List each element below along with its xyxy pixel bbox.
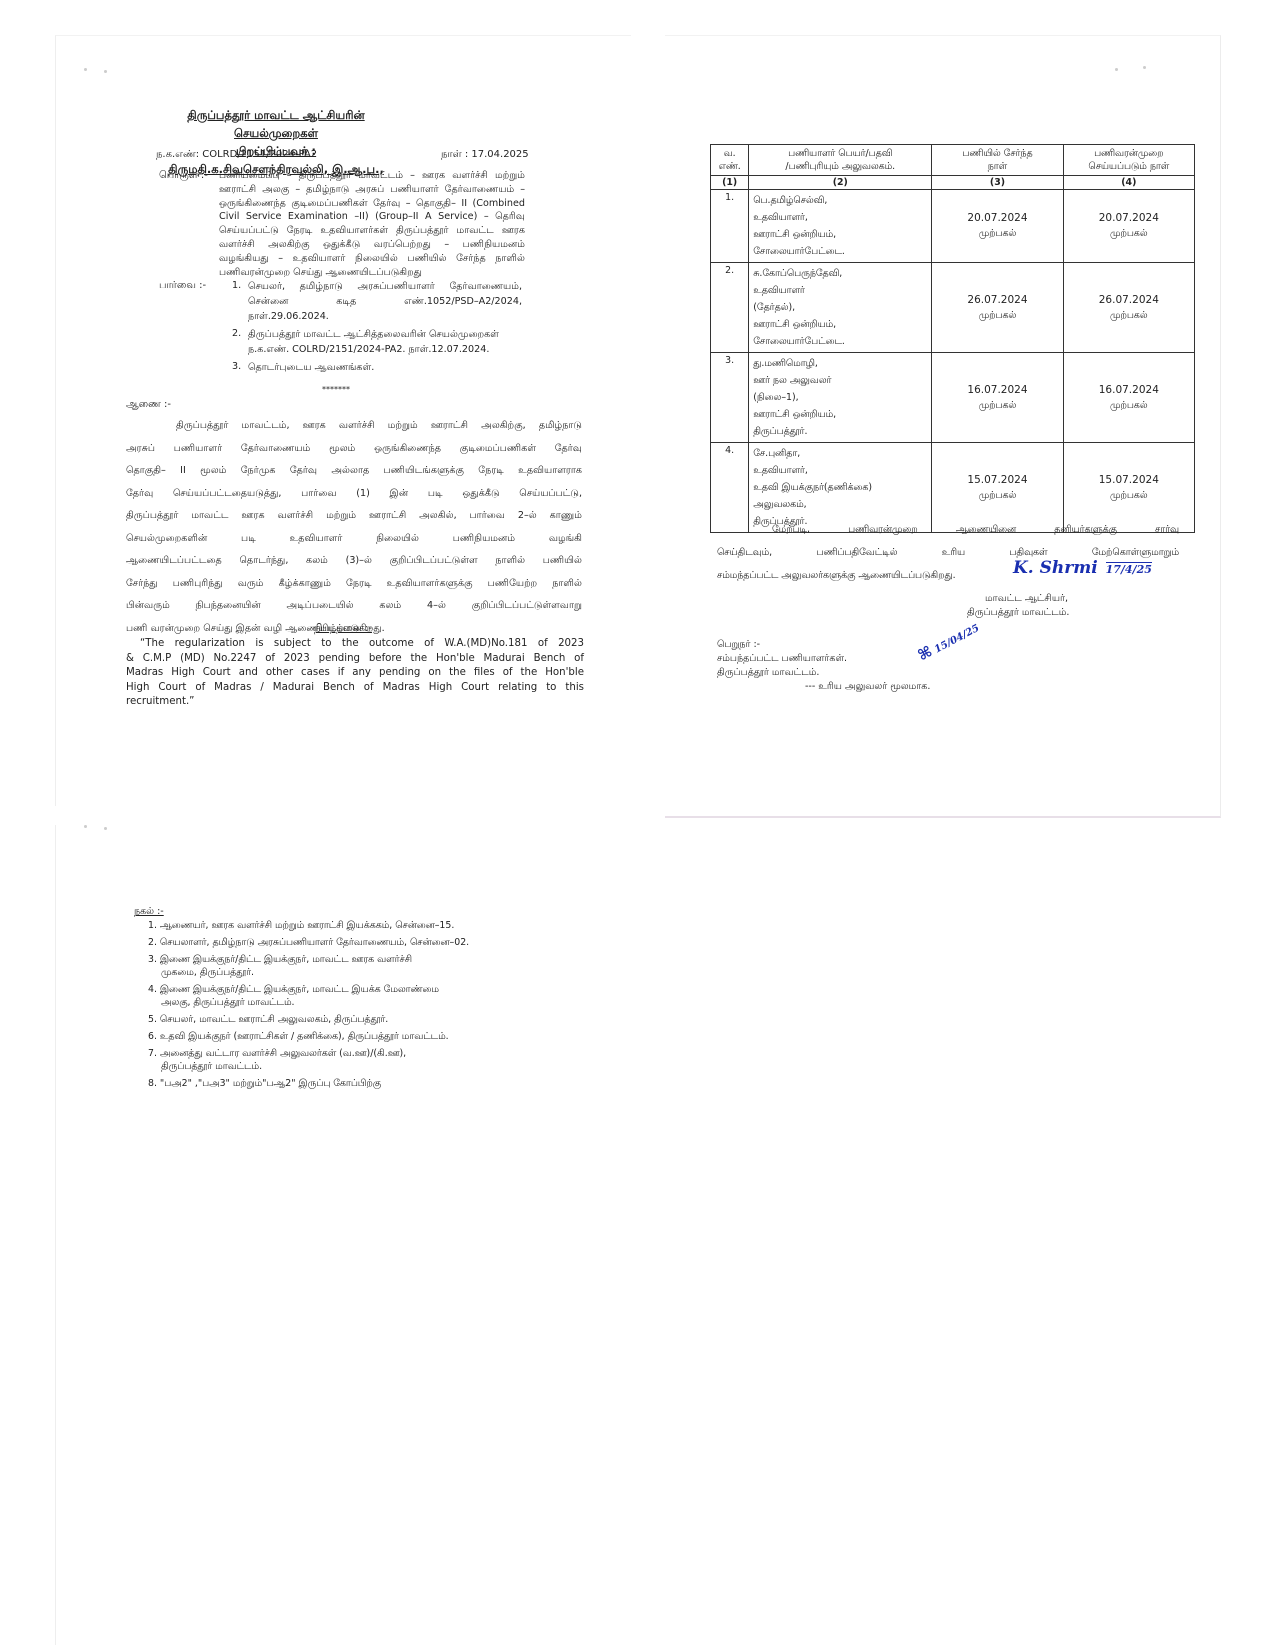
serial-number: 3.	[711, 353, 749, 443]
table-row: 1.பெ.தமிழ்செல்வி,உதவியாளர்,ஊராட்சி ஒன்றி…	[711, 190, 1195, 263]
detail-line: சு.கோப்பெருந்தேவி,	[753, 265, 927, 282]
signature-text: K. Shrmi	[1013, 558, 1098, 578]
joining-date: 20.07.2024	[936, 210, 1058, 226]
title-line-1: திருப்பத்தூர் மாவட்ட ஆட்சியரின் செயல்முற…	[156, 106, 396, 142]
detail-line: ஊர் நல அலுவலர்	[753, 372, 927, 389]
order-line: ஆணையிடப்பட்டதை தொடர்ந்து, கலம் (3)–ல் கு…	[126, 550, 582, 573]
order-line: திருப்பத்தூர் மாவட்ட ஊரக வளர்ச்சி மற்றும…	[126, 505, 582, 528]
reference-item: 3.தொடர்புடைய ஆவணங்கள்.	[232, 360, 522, 375]
joining-date-cell: 26.07.2024முற்பகல்	[932, 263, 1063, 353]
reference-number: 2.	[232, 327, 248, 357]
reference-line: நாள்.29.06.2024.	[248, 309, 522, 324]
joining-session: முற்பகல்	[936, 488, 1058, 504]
table-header-cell: வ.எண்.	[711, 145, 749, 176]
header-line: நாள்	[936, 160, 1058, 173]
copy-line: 8. "பஅ2" ,"பஅ3" மற்றும்"பஆ2" இருப்பு கோப…	[148, 1077, 578, 1090]
order-line: அரசுப் பணியாளர் தேர்வாணையம் மூலம் ஒருங்க…	[126, 438, 582, 461]
copy-line: அலகு, திருப்பத்தூர் மாவட்டம்.	[148, 996, 578, 1009]
order-date: நாள் : 17.04.2025	[441, 148, 529, 162]
detail-line: (நிலை–1),	[753, 389, 927, 406]
table-header-cell: பணியாளர் பெயர்/பதவி/பணிபுரியும் அலுவலகம்…	[749, 145, 932, 176]
copy-item: 5. செயலர், மாவட்ட ஊராட்சி அலுவலகம், திரு…	[148, 1013, 578, 1026]
order-line: தொகுதி– II மூலம் நேர்முக தேர்வு அல்லாத ப…	[126, 460, 582, 483]
reference-text: செயலர், தமிழ்நாடு அரசுப்பணியாளர் தேர்வாண…	[248, 279, 522, 324]
subject-line: பணியமைப்பு – திருப்பத்தூர் மாவட்டம் – ஊர…	[219, 169, 525, 183]
header-line: பணியில் சேர்ந்த	[936, 147, 1058, 160]
subject-line: ஒருங்கிணைந்த குடிமைப்பணிகள் தேர்வு – தொக…	[219, 197, 525, 211]
table-row: 2.சு.கோப்பெருந்தேவி,உதவியாளர்(தேர்தல்),ஊ…	[711, 263, 1195, 353]
reference-number: ந.க.எண்: COLRD/2151/2024-PA2	[156, 148, 317, 162]
copy-item: 8. "பஅ2" ,"பஅ3" மற்றும்"பஆ2" இருப்பு கோப…	[148, 1077, 578, 1090]
header-line: செய்யப்படும் நாள்	[1068, 160, 1190, 173]
table-header-cell: பணிவரன்முறைசெய்யப்படும் நாள்	[1063, 145, 1194, 176]
detail-line: திருப்பத்தூர்.	[753, 423, 927, 440]
regularization-session: முற்பகல்	[1068, 226, 1190, 242]
order-line: செயல்முறைகளின் படி உதவியாளர் நிலையில் பண…	[126, 528, 582, 551]
subject-line: ஊராட்சி அலகு – தமிழ்நாடு அரசுப் பணியாளர்…	[219, 183, 525, 197]
detail-line: உதவி இயக்குநர்(தணிக்கை)	[753, 479, 927, 496]
copy-item: 1. ஆணையர், ஊரக வளர்ச்சி மற்றும் ஊராட்சி …	[148, 919, 578, 932]
condition-label: நிபந்தனை :-	[314, 622, 372, 636]
reference-number: 1.	[232, 279, 248, 324]
copy-label: நகல் :-	[134, 905, 164, 919]
employee-details: சு.கோப்பெருந்தேவி,உதவியாளர்(தேர்தல்),ஊரா…	[749, 263, 932, 353]
detail-line: சே.புனிதா,	[753, 445, 927, 462]
order-body: திருப்பத்தூர் மாவட்டம், ஊரக வளர்ச்சி மற்…	[126, 415, 582, 640]
initial-date: 15/04/25	[933, 623, 981, 656]
detail-line: பெ.தமிழ்செல்வி,	[753, 192, 927, 209]
reference-line: திருப்பத்தூர் மாவட்ட ஆட்சித்தலைவரின் செய…	[248, 327, 522, 342]
order-line: சேர்ந்து பணிபுரிந்து வரும் கீழ்க்காணும் …	[126, 573, 582, 596]
copy-line: முகமை, திருப்பத்தூர்.	[148, 966, 578, 979]
regularization-date: 16.07.2024	[1068, 382, 1190, 398]
condition-line: High Court of Madras / Madurai Bench of …	[126, 681, 584, 696]
copy-line: 6. உதவி இயக்குநர் (ஊராட்சிகள் / தணிக்கை)…	[148, 1030, 578, 1043]
copy-line: 1. ஆணையர், ஊரக வளர்ச்சி மற்றும் ஊராட்சி …	[148, 919, 578, 932]
reference-number: 3.	[232, 360, 248, 375]
employee-details: பெ.தமிழ்செல்வி,உதவியாளர்,ஊராட்சி ஒன்றியம…	[749, 190, 932, 263]
subject-line: Civil Service Examination –II) (Group–II…	[219, 210, 525, 224]
detail-line: சோலையார்பேட்டை.	[753, 243, 927, 260]
column-index: (4)	[1063, 176, 1194, 190]
condition-line: “The regularization is subject to the ou…	[126, 637, 584, 652]
detail-line: ஊராட்சி ஒன்றியம்,	[753, 406, 927, 423]
page-2: வ.எண்.பணியாளர் பெயர்/பதவி/பணிபுரியும் அல…	[665, 35, 1221, 818]
copy-line: 2. செயலாளர், தமிழ்நாடு அரசுப்பணியாளர் தே…	[148, 936, 578, 949]
reference-text: திருப்பத்தூர் மாவட்ட ஆட்சித்தலைவரின் செய…	[248, 327, 522, 357]
joining-date-cell: 16.07.2024முற்பகல்	[932, 353, 1063, 443]
copy-item: 7. அனைத்து வட்டார வளர்ச்சி அலுவலர்கள் (வ…	[148, 1047, 578, 1073]
condition-line: & C.M.P (MD) No.2247 of 2023 pending bef…	[126, 652, 584, 667]
regularization-date: 15.07.2024	[1068, 472, 1190, 488]
regularization-table: வ.எண்.பணியாளர் பெயர்/பதவி/பணிபுரியும் அல…	[710, 144, 1195, 533]
subject-label: பொருள் :-	[159, 169, 208, 183]
order-label: ஆணை :-	[126, 398, 171, 412]
subject-line: வளர்ச்சி அலகிற்கு ஒதுக்கீடு வரப்பெற்றது …	[219, 238, 525, 252]
page-1: திருப்பத்தூர் மாவட்ட ஆட்சியரின் செயல்முற…	[55, 35, 631, 806]
order-line: திருப்பத்தூர் மாவட்டம், ஊரக வளர்ச்சி மற்…	[126, 415, 582, 438]
recipient-line-2: திருப்பத்தூர் மாவட்டம்.	[717, 666, 819, 680]
detail-line: உதவியாளர்	[753, 282, 927, 299]
reference-line: சென்னை கடித எண்.1052/PSD–A2/2024,	[248, 294, 522, 309]
header-line: பணிவரன்முறை	[1068, 147, 1190, 160]
copy-line: 4. இணை இயக்குநர்/திட்ட இயக்குநர், மாவட்ட…	[148, 983, 578, 996]
copy-list: 1. ஆணையர், ஊரக வளர்ச்சி மற்றும் ஊராட்சி …	[148, 919, 578, 1094]
header-line: பணியாளர் பெயர்/பதவி	[753, 147, 927, 160]
subject-line: வழங்கியது – உதவியாளர் நிலையில் பணியில் ச…	[219, 252, 525, 266]
joining-session: முற்பகல்	[936, 308, 1058, 324]
signatory-district: திருப்பத்தூர் மாவட்டம்.	[967, 606, 1069, 620]
reference-label: பார்வை :-	[159, 279, 206, 293]
header-line: எண்.	[715, 160, 744, 173]
regularization-date-cell: 20.07.2024முற்பகல்	[1063, 190, 1194, 263]
regularization-session: முற்பகல்	[1068, 488, 1190, 504]
copy-item: 2. செயலாளர், தமிழ்நாடு அரசுப்பணியாளர் தே…	[148, 936, 578, 949]
order-line: பின்வரும் நிபந்தனையின் அடிப்படையில் கலம்…	[126, 595, 582, 618]
column-index: (3)	[932, 176, 1063, 190]
separator: *******	[322, 383, 350, 397]
page-3: நகல் :- 1. ஆணையர், ஊரக வளர்ச்சி மற்றும் …	[55, 825, 616, 1645]
subject-line: பணிவரன்முறை செய்து ஆணையிடப்படுகிறது	[219, 266, 525, 280]
header-line: வ.	[715, 147, 744, 160]
regularization-date-cell: 26.07.2024முற்பகல்	[1063, 263, 1194, 353]
reference-line: தொடர்புடைய ஆவணங்கள்.	[248, 360, 522, 375]
copy-item: 4. இணை இயக்குநர்/திட்ட இயக்குநர், மாவட்ட…	[148, 983, 578, 1009]
collector-signature: K. Shrmi 17/4/25	[1013, 558, 1152, 578]
serial-number: 1.	[711, 190, 749, 263]
copy-line: 7. அனைத்து வட்டார வளர்ச்சி அலுவலர்கள் (வ…	[148, 1047, 578, 1060]
regularization-session: முற்பகல்	[1068, 308, 1190, 324]
reference-line: ந.க.எண். COLRD/2151/2024-PA2. நாள்.12.07…	[248, 342, 522, 357]
column-index: (1)	[711, 176, 749, 190]
joining-session: முற்பகல்	[936, 398, 1058, 414]
copy-item: 3. இணை இயக்குநர்/திட்ட இயக்குநர், மாவட்ட…	[148, 953, 578, 979]
closing-line: மேற்படி, பணிவரன்முறை ஆணையினை தனியர்களுக்…	[717, 518, 1179, 541]
serial-number: 2.	[711, 263, 749, 353]
copy-line: 3. இணை இயக்குநர்/திட்ட இயக்குநர், மாவட்ட…	[148, 953, 578, 966]
condition-line: recruitment.”	[126, 695, 584, 710]
condition-body: “The regularization is subject to the ou…	[126, 637, 584, 710]
regularization-session: முற்பகல்	[1068, 398, 1190, 414]
subject-text: பணியமைப்பு – திருப்பத்தூர் மாவட்டம் – ஊர…	[219, 169, 525, 279]
signatory-designation: மாவட்ட ஆட்சியர்,	[985, 592, 1068, 606]
joining-date-cell: 20.07.2024முற்பகல்	[932, 190, 1063, 263]
copy-line: திருப்பத்தூர் மாவட்டம்.	[148, 1060, 578, 1073]
document-title: திருப்பத்தூர் மாவட்ட ஆட்சியரின் செயல்முற…	[156, 106, 396, 178]
employee-details: து.மணிமொழி,ஊர் நல அலுவலர்(நிலை–1),ஊராட்ச…	[749, 353, 932, 443]
table-row: 3.து.மணிமொழி,ஊர் நல அலுவலர்(நிலை–1),ஊராட…	[711, 353, 1195, 443]
reference-line: செயலர், தமிழ்நாடு அரசுப்பணியாளர் தேர்வாண…	[248, 279, 522, 294]
header-line: /பணிபுரியும் அலுவலகம்.	[753, 160, 927, 173]
column-index: (2)	[749, 176, 932, 190]
joining-session: முற்பகல்	[936, 226, 1058, 242]
recipient-line-1: சம்பந்தப்பட்ட பணியாளர்கள்.	[717, 652, 847, 666]
joining-date: 16.07.2024	[936, 382, 1058, 398]
detail-line: ஊராட்சி ஒன்றியம்,	[753, 316, 927, 333]
reference-item: 2.திருப்பத்தூர் மாவட்ட ஆட்சித்தலைவரின் ச…	[232, 327, 522, 357]
copy-item: 6. உதவி இயக்குநர் (ஊராட்சிகள் / தணிக்கை)…	[148, 1030, 578, 1043]
regularization-date: 20.07.2024	[1068, 210, 1190, 226]
copy-line: 5. செயலர், மாவட்ட ஊராட்சி அலுவலகம், திரு…	[148, 1013, 578, 1026]
recipient-via: --- உரிய அலுவலர் மூலமாக.	[805, 680, 930, 694]
detail-line: சோலையார்பேட்டை.	[753, 333, 927, 350]
detail-line: ஊராட்சி ஒன்றியம்,	[753, 226, 927, 243]
table-header-cell: பணியில் சேர்ந்தநாள்	[932, 145, 1063, 176]
regularization-date: 26.07.2024	[1068, 292, 1190, 308]
order-line: தேர்வு செய்யப்பட்டதையடுத்து, பார்வை (1) …	[126, 483, 582, 506]
condition-line: Madras High Court and other cases if any…	[126, 666, 584, 681]
joining-date: 15.07.2024	[936, 472, 1058, 488]
detail-line: (தேர்தல்),	[753, 299, 927, 316]
detail-line: உதவியாளர்,	[753, 209, 927, 226]
detail-line: அலுவலகம்,	[753, 496, 927, 513]
detail-line: உதவியாளர்,	[753, 462, 927, 479]
signature-date: 17/4/25	[1106, 562, 1152, 576]
reference-text: தொடர்புடைய ஆவணங்கள்.	[248, 360, 522, 375]
reference-item: 1.செயலர், தமிழ்நாடு அரசுப்பணியாளர் தேர்வ…	[232, 279, 522, 324]
joining-date: 26.07.2024	[936, 292, 1058, 308]
regularization-date-cell: 16.07.2024முற்பகல்	[1063, 353, 1194, 443]
initial-stamp: ⌘ 15/04/25	[915, 617, 982, 664]
recipient-label: பெறுநர் :-	[717, 638, 760, 652]
detail-line: து.மணிமொழி,	[753, 355, 927, 372]
subject-line: செய்யப்பட்டு நேரடி உதவியாளர்கள் திருப்பத…	[219, 224, 525, 238]
reference-list: 1.செயலர், தமிழ்நாடு அரசுப்பணியாளர் தேர்வ…	[232, 279, 522, 378]
